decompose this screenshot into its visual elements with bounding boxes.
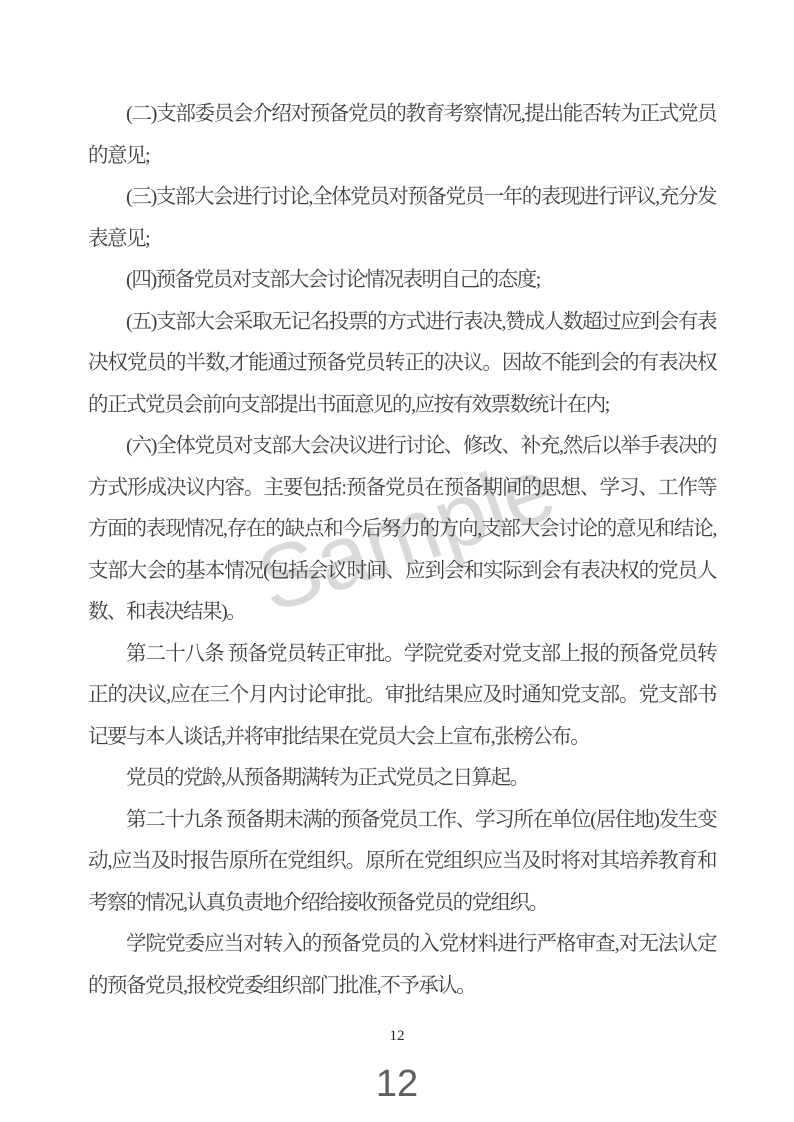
paragraph: (四)预备党员对支部大会讨论情况表明自己的态度; bbox=[88, 260, 716, 302]
paragraph: (三)支部大会进行讨论,全体党员对预备党员一年的表现进行评议,充分发表意见; bbox=[88, 177, 716, 260]
paragraph: 第二十八条 预备党员转正审批。学院党委对党支部上报的预备党员转正的决议,应在三个… bbox=[88, 634, 716, 759]
document-page: Sample (二)支部委员会介绍对预备党员的教育考察情况,提出能否转为正式党员… bbox=[0, 0, 794, 1122]
document-body: (二)支部委员会介绍对预备党员的教育考察情况,提出能否转为正式党员的意见; (三… bbox=[88, 94, 716, 1007]
footer-page-number: 12 bbox=[0, 1027, 794, 1045]
paragraph: (六)全体党员对支部大会决议进行讨论、修改、补充,然后以举手表决的方式形成决议内… bbox=[88, 426, 716, 634]
paragraph: (五)支部大会采取无记名投票的方式进行表决,赞成人数超过应到会有表决权党员的半数… bbox=[88, 302, 716, 427]
paragraph: (二)支部委员会介绍对预备党员的教育考察情况,提出能否转为正式党员的意见; bbox=[88, 94, 716, 177]
viewer-page-label: 12 bbox=[0, 1064, 794, 1104]
paragraph: 第二十九条 预备期未满的预备党员工作、学习所在单位(居住地)发生变动,应当及时报… bbox=[88, 800, 716, 925]
paragraph: 党员的党龄,从预备期满转为正式党员之日算起。 bbox=[88, 758, 716, 800]
paragraph: 学院党委应当对转入的预备党员的入党材料进行严格审查,对无法认定的预备党员,报校党… bbox=[88, 924, 716, 1007]
